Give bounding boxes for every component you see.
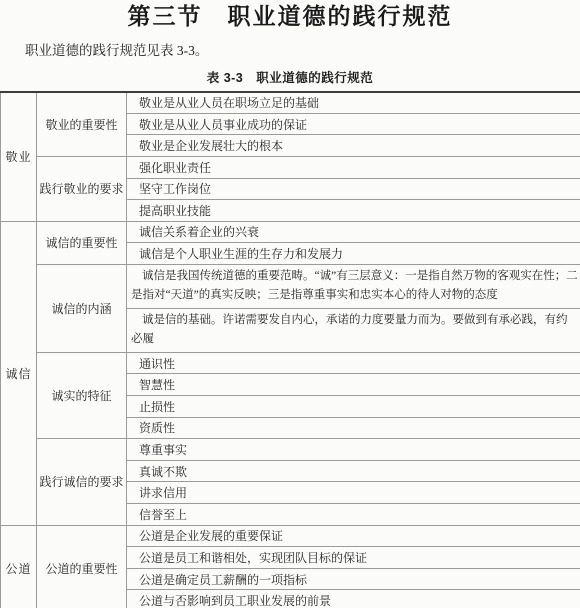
item-cell: 止损性 — [127, 396, 580, 418]
group-label-cell: 敬业的重要性 — [37, 92, 127, 157]
item-cell: 敬业是从业人员在职场立足的基础 — [127, 92, 580, 114]
item-cell: 智慧性 — [127, 374, 580, 396]
table-row: 诚实的特征 通识性 — [1, 352, 580, 374]
intro-paragraph: 职业道德的践行规范见表 3-3。 — [25, 43, 580, 59]
group-label-cell: 公道的重要性 — [37, 525, 127, 608]
item-cell: 公道是企业发展的重要保证 — [127, 525, 580, 547]
item-cell: 提高职业技能 — [127, 200, 580, 222]
item-cell: 公道与否影响到员工职业发展的前景 — [127, 590, 580, 608]
category-cell-integrity: 诚信 — [1, 221, 37, 525]
table-row: 敬业 敬业的重要性 敬业是从业人员在职场立足的基础 — [1, 92, 580, 114]
item-cell: 讲求信用 — [127, 482, 580, 504]
item-cell: 信誉至上 — [127, 504, 580, 526]
item-cell: 通识性 — [127, 352, 580, 374]
group-label-cell: 践行敬业的要求 — [37, 156, 127, 221]
item-cell: 尊重事实 — [127, 439, 580, 461]
item-cell: 敬业是企业发展壮大的根本 — [127, 135, 580, 157]
item-cell: 公道是员工和谐相处，实现团队目标的保证 — [127, 547, 580, 569]
table-row: 诚信 诚信的重要性 诚信关系着企业的兴衰 — [1, 221, 580, 243]
item-cell: 诚信是我国传统道德的重要范畴。“诚”有三层意义：一是指自然万物的客观实在性；二是… — [127, 264, 580, 308]
group-label-cell: 诚信的内涵 — [37, 264, 127, 352]
item-cell: 诚信是个人职业生涯的生存力和发展力 — [127, 243, 580, 265]
item-cell: 资质性 — [127, 417, 580, 439]
item-cell: 敬业是从业人员事业成功的保证 — [127, 113, 580, 135]
ethics-table: 敬业 敬业的重要性 敬业是从业人员在职场立足的基础 敬业是从业人员事业成功的保证… — [0, 91, 580, 608]
table-row: 践行敬业的要求 强化职业责任 — [1, 156, 580, 178]
item-cell: 真诚不欺 — [127, 460, 580, 482]
group-label-cell: 诚实的特征 — [37, 352, 127, 438]
section-title: 第三节 职业道德的践行规范 — [0, 4, 580, 30]
item-cell: 强化职业责任 — [127, 156, 580, 178]
group-label-cell: 践行诚信的要求 — [37, 439, 127, 525]
table-row: 践行诚信的要求 尊重事实 — [1, 439, 580, 461]
table-caption: 表 3-3 职业道德的践行规范 — [0, 68, 580, 86]
document-page: 第三节 职业道德的践行规范 职业道德的践行规范见表 3-3。 表 3-3 职业道… — [0, 4, 580, 608]
item-cell: 诚是信的基础。许诺需要发自内心，承诺的力度要量力而为。要做到有承必践，有约必履 — [127, 308, 580, 352]
table-row: 诚信的内涵 诚信是我国传统道德的重要范畴。“诚”有三层意义：一是指自然万物的客观… — [1, 264, 580, 308]
table-row: 公道 公道的重要性 公道是企业发展的重要保证 — [1, 525, 580, 547]
category-cell-fairness: 公道 — [1, 525, 37, 608]
item-cell: 坚守工作岗位 — [127, 178, 580, 200]
item-cell: 公道是确定员工薪酬的一项指标 — [127, 568, 580, 590]
item-cell: 诚信关系着企业的兴衰 — [127, 221, 580, 243]
group-label-cell: 诚信的重要性 — [37, 221, 127, 264]
category-cell-dedication: 敬业 — [1, 92, 37, 222]
